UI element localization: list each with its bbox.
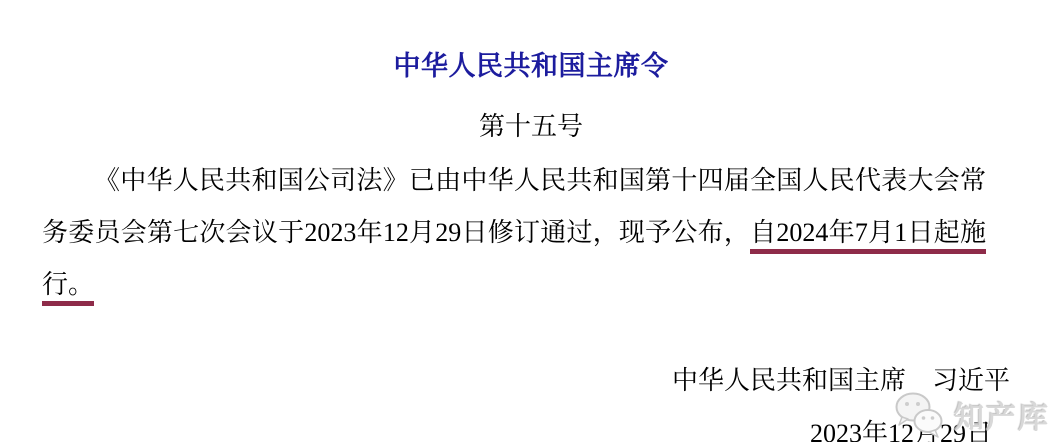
decree-document: 中华人民共和国主席令 第十五号 《中华人民共和国公司法》已由中华人民共和国第十四… <box>0 0 1062 442</box>
decree-body-paragraph: 《中华人民共和国公司法》已由中华人民共和国第十四届全国人民代表大会常务委员会第七… <box>42 155 986 311</box>
wechat-icon <box>892 390 948 440</box>
decree-title: 中华人民共和国主席令 <box>0 0 1062 83</box>
watermark: 知产库 <box>892 390 1050 440</box>
decree-number: 第十五号 <box>0 106 1062 143</box>
watermark-label: 知产库 <box>954 393 1050 437</box>
